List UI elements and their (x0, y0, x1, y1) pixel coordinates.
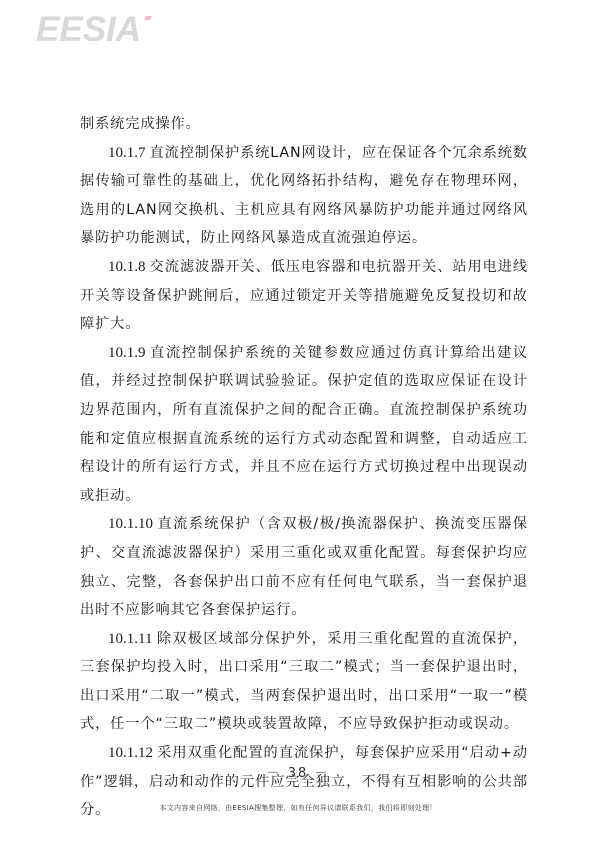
clause-text: 直流控制保护系统LAN网设计，应在保证各个冗余系统数据传输可靠性的基础上，优化网… (80, 145, 528, 247)
clause-10-1-9: 10.1.9直流控制保护系统的关键参数应通过仿真计算给出建议值，并经过控制保护联… (80, 339, 528, 511)
paragraph-continuation: 制系统完成操作。 (80, 110, 528, 139)
clause-number: 10.1.11 (108, 631, 152, 647)
paragraph-text: 制系统完成操作。 (80, 116, 201, 132)
logo-text: EESIA (36, 10, 141, 49)
footer-disclaimer: 本文内容来自网络，由EESIA搜集整理，如有任何异议请联系我们，我们将即刻处理！ (0, 803, 596, 813)
clause-number: 10.1.12 (108, 745, 153, 761)
clause-10-1-10: 10.1.10直流系统保护（含双极/极/换流器保护、换流变压器保护、交直流滤波器… (80, 510, 528, 624)
clause-10-1-8: 10.1.8交流滤波器开关、低压电容器和电抗器开关、站用电进线开关等设备保护跳闸… (80, 253, 528, 339)
clause-number: 10.1.8 (108, 259, 146, 275)
page-number: － 38 － (0, 762, 596, 781)
eesia-logo: EESIA (36, 12, 141, 47)
logo-accent-mark (144, 16, 151, 20)
clause-10-1-7: 10.1.7直流控制保护系统LAN网设计，应在保证各个冗余系统数据传输可靠性的基… (80, 139, 528, 253)
clause-number: 10.1.9 (108, 345, 146, 361)
document-body: 制系统完成操作。 10.1.7直流控制保护系统LAN网设计，应在保证各个冗余系统… (80, 110, 528, 825)
clause-text: 直流控制保护系统的关键参数应通过仿真计算给出建议值，并经过控制保护联调试验验证。… (80, 345, 528, 504)
clause-text: 交流滤波器开关、低压电容器和电抗器开关、站用电进线开关等设备保护跳闸后，应通过锁… (80, 259, 528, 332)
clause-number: 10.1.10 (108, 516, 153, 532)
clause-number: 10.1.7 (108, 145, 146, 161)
clause-10-1-11: 10.1.11除双极区域部分保护外，采用三重化配置的直流保护，三套保护均投入时，… (80, 625, 528, 739)
